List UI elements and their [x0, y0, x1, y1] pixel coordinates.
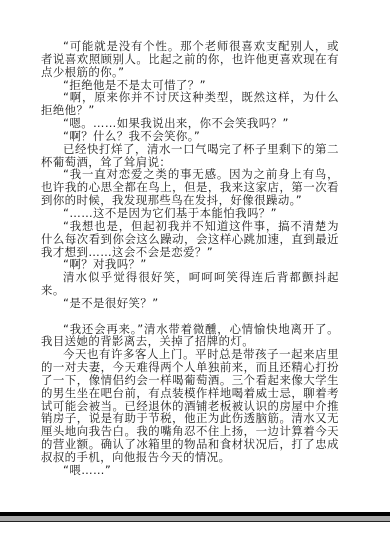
book-page-text: “可能就是没有个性。那个老师很喜欢支配别人，或者说喜欢照顾别人。比起之前的你，也… — [41, 40, 339, 477]
paragraph: “喂……” — [41, 464, 339, 477]
paragraph: “我还会再来。”清水带着微醺，心情愉快地离开了。我目送她的背影离去，关掉了招牌的… — [41, 323, 339, 349]
paragraph: “啊，原来你并不讨厌这种类型，既然这样，为什么拒绝他？” — [41, 91, 339, 117]
paragraph: “啊？什么？我不会笑你。” — [41, 130, 339, 143]
paragraph: “是不是很好笑？” — [41, 297, 339, 310]
paragraph: “嗯。……如果我说出来，你不会笑我吗？” — [41, 117, 339, 130]
paragraph: “可能就是没有个性。那个老师很喜欢支配别人，或者说喜欢照顾别人。比起之前的你，也… — [41, 40, 339, 79]
paragraph: 已经快打烊了，清水一口气喝完了杯子里剩下的第二杯葡萄酒，耸了耸肩说： — [41, 143, 339, 169]
paragraph: “我一直对恋爱之类的事无感。因为之前身上有鸟，也许我的心思全都在鸟上，但是，我来… — [41, 168, 339, 207]
paragraph: “……这不是因为它们基于本能怕我吗？” — [41, 207, 339, 220]
paragraph: 今天也有许多客人上门。平时总是带孩子一起来店里的一对夫妻，今天难得两个人单独前来… — [41, 348, 339, 464]
paragraph: “我想也是，但起初我并不知道这件事，搞不清楚为什么每次看到你会这么躁动，会这样心… — [41, 220, 339, 259]
section-break — [41, 310, 339, 323]
page-bottom-border-line — [0, 521, 390, 522]
paragraph: 清水似乎觉得很好笑，呵呵呵笑得连后背都颤抖起来。 — [41, 271, 339, 297]
